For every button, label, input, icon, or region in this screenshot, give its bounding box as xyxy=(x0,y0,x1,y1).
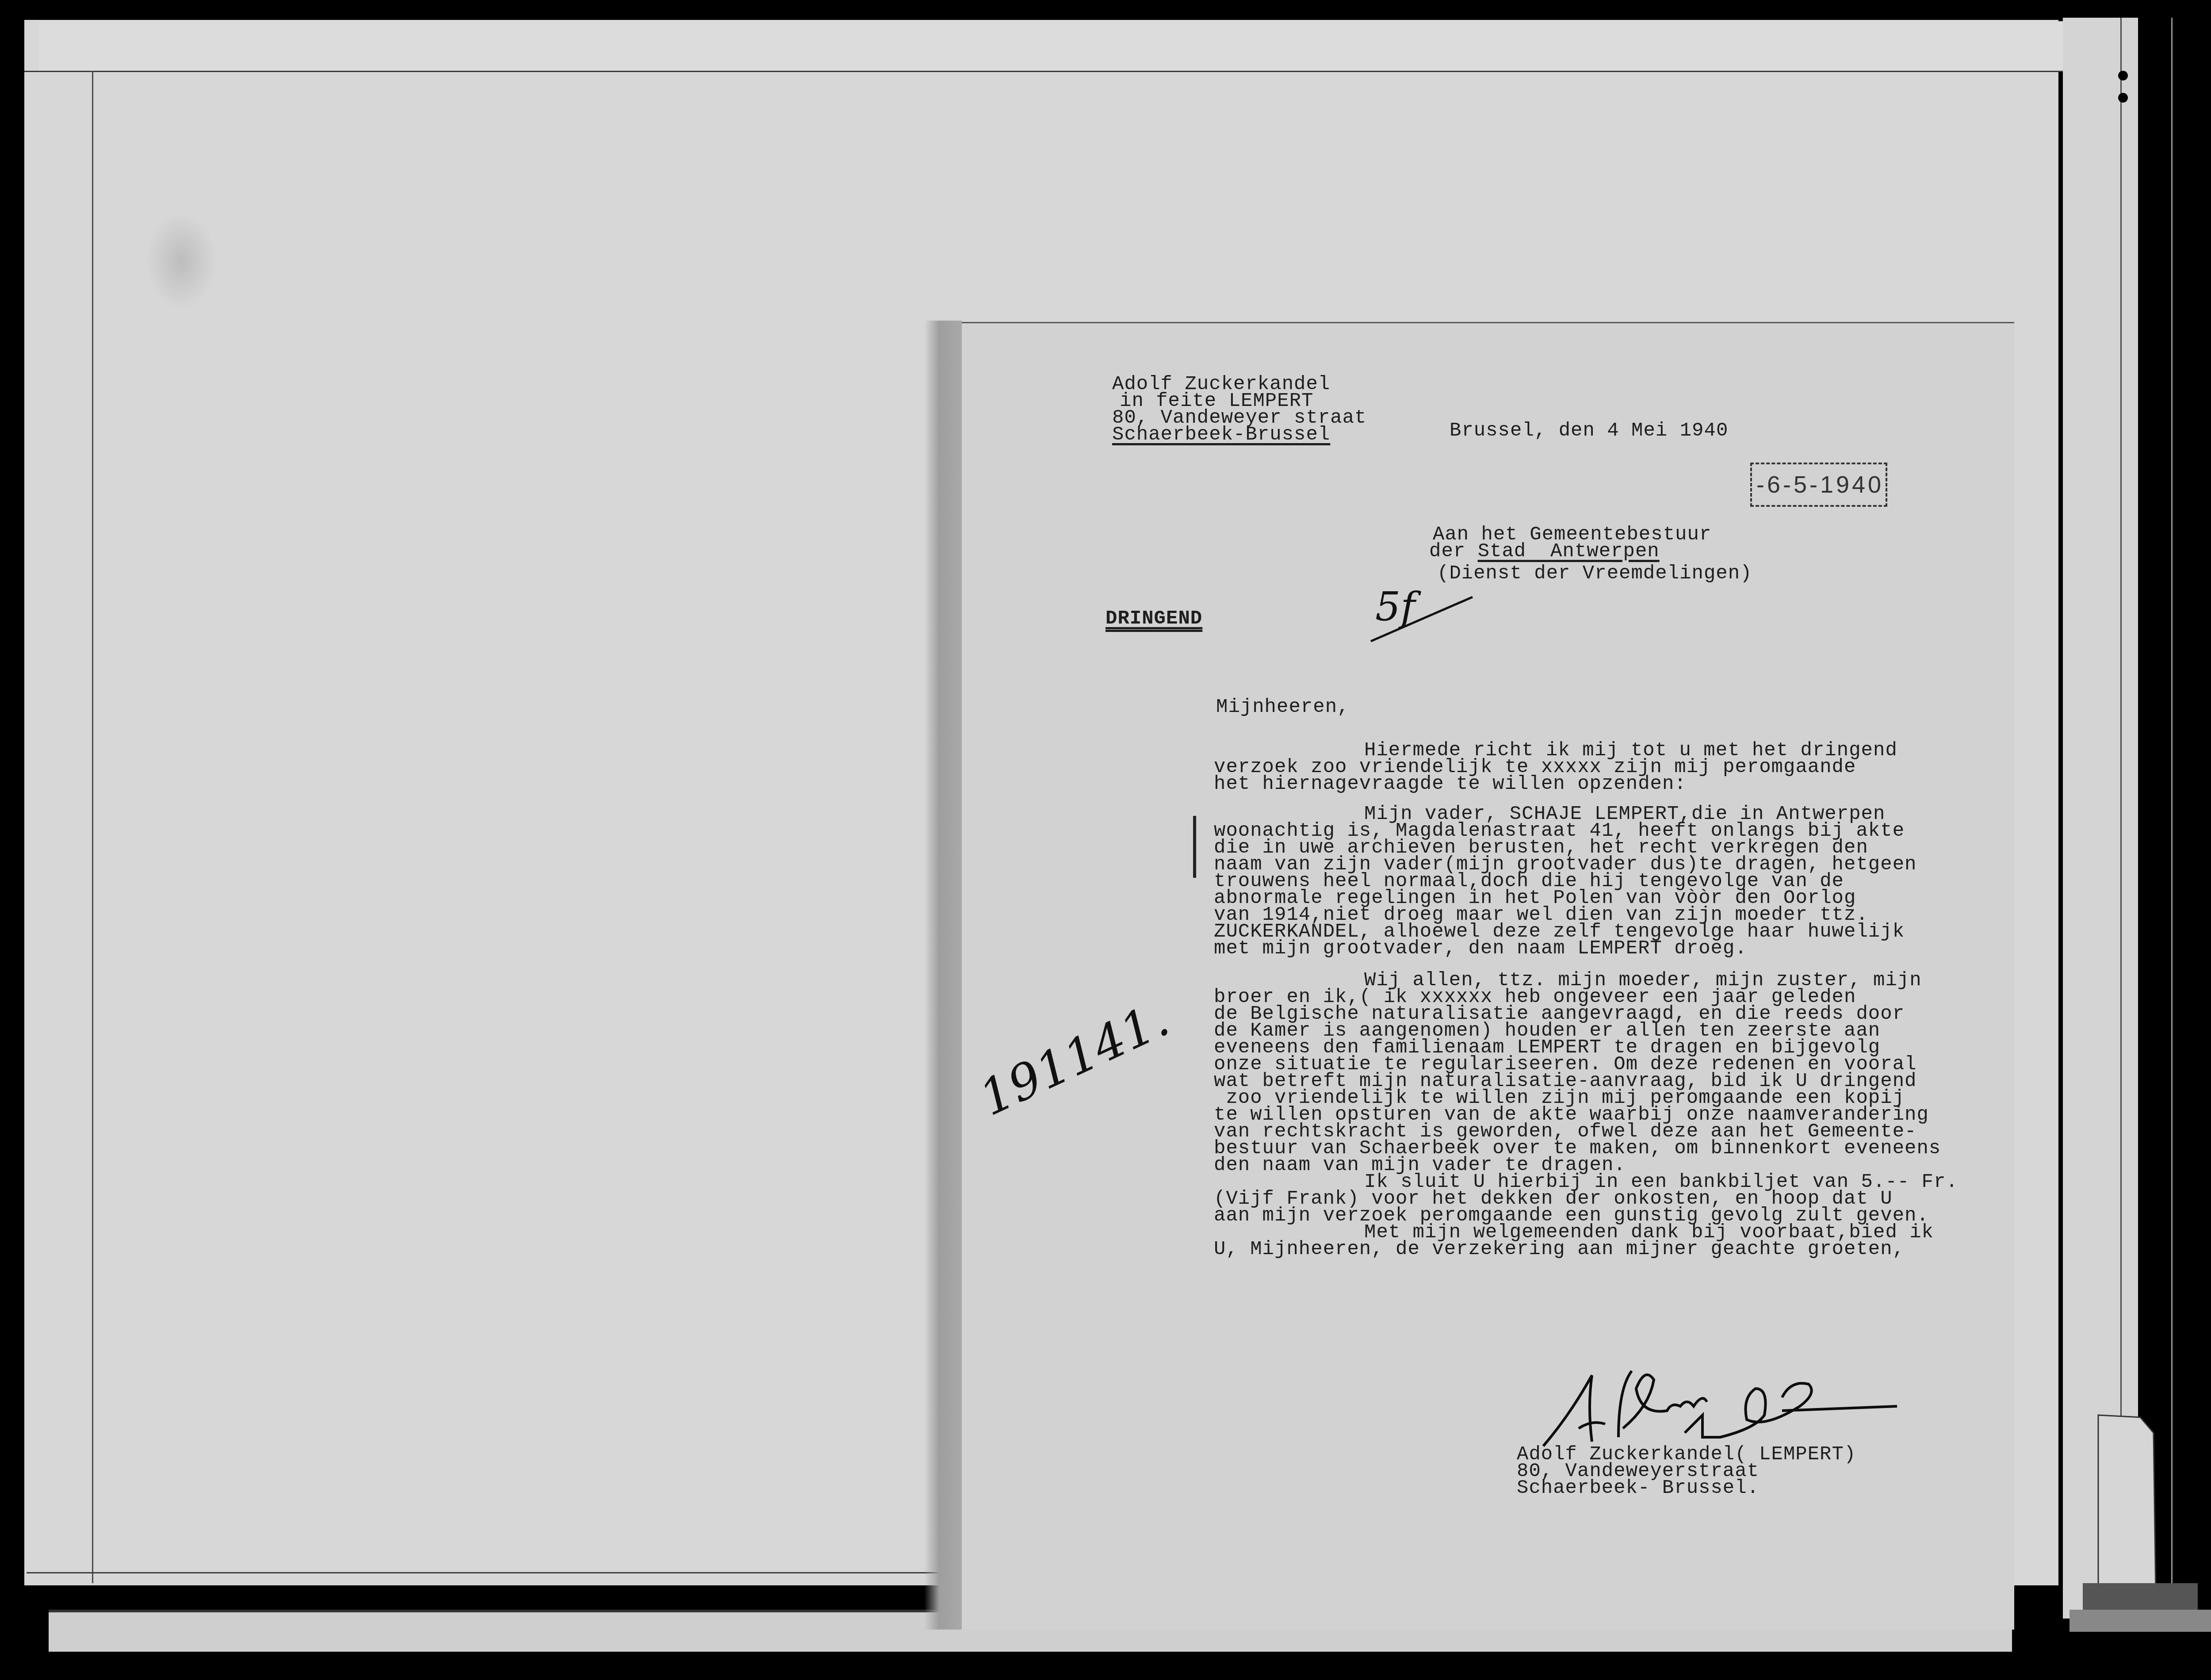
sender-city: Schaerbeek-Brussel xyxy=(1112,426,1330,443)
torn-paper-fragment xyxy=(2069,1406,2211,1636)
recipient-line3: (Dienst der Vreemdelingen) xyxy=(1437,565,1752,582)
salutation: Mijnheeren, xyxy=(1216,699,1349,716)
back-page-bottom-rule xyxy=(27,1572,946,1573)
back-page-margin-line xyxy=(92,71,93,1583)
letter-top-edge xyxy=(962,322,2014,323)
punch-hole-mark xyxy=(2118,71,2128,80)
stamp-date: -6-5-1940 xyxy=(1756,471,1884,498)
received-date-stamp: -6-5-1940 xyxy=(1750,463,1887,507)
urgency-label: DRINGEND xyxy=(1105,610,1202,627)
right-edge-strip xyxy=(2063,18,2138,1619)
right-edge-line-2 xyxy=(2171,18,2173,1619)
body-line: het hiernagevraagde te willen opzenden: xyxy=(1214,776,1687,792)
punch-hole-mark xyxy=(2118,93,2128,103)
body-line: met mijn grootvader, den naam LEMPERT dr… xyxy=(1214,940,1747,957)
recipient-city: Stad Antwerpen xyxy=(1478,540,1660,563)
stain-mark xyxy=(146,212,217,310)
recipient-line2: der Stad Antwerpen xyxy=(1429,543,1660,560)
recipient-der: der xyxy=(1429,540,1465,563)
signature-city: Schaerbeek- Brussel. xyxy=(1517,1480,1759,1496)
handwritten-signature xyxy=(1534,1362,1924,1450)
body-line: U, Mijnheeren, de verzekering aan mijner… xyxy=(1214,1241,1905,1258)
back-page-rule xyxy=(24,71,2067,72)
right-edge-line xyxy=(2120,18,2122,1619)
handwritten-strike-icon xyxy=(1366,593,1481,646)
place-date: Brussel, den 4 Mei 1940 xyxy=(1450,422,1728,439)
back-page-top-flap xyxy=(39,21,2073,71)
margin-annotation-bar xyxy=(1193,816,1196,878)
letter-shadow xyxy=(924,321,962,1630)
